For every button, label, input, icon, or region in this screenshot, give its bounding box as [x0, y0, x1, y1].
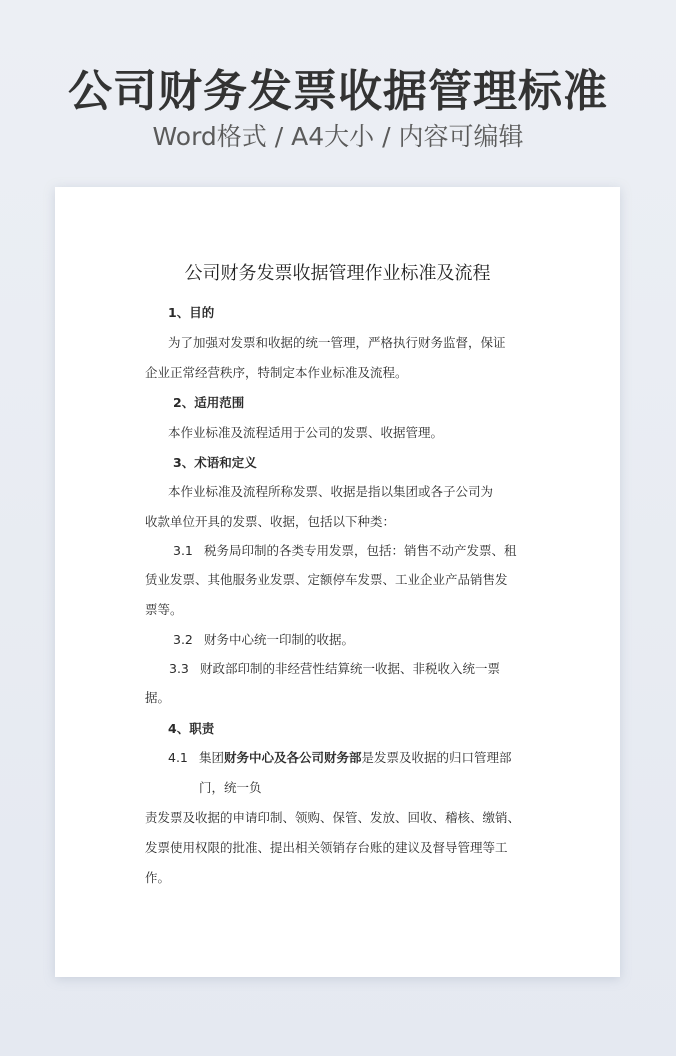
- document-title: 公司财务发票收据管理作业标准及流程: [55, 261, 620, 287]
- section-2-line-1: 本作业标准及流程适用于公司的发票、收据管理。: [168, 424, 443, 442]
- item-3-1-line-1: 3.1税务局印制的各类专用发票，包括：销售不动产发票、租: [173, 542, 517, 560]
- item-3-1-line-3: 票等。: [145, 601, 183, 619]
- item-4-1-line-3: 责发票及收据的申请印制、领购、保管、发放、回收、稽核、缴销、: [145, 809, 520, 827]
- item-3-2-line-1: 3.2财务中心统一印制的收据。: [173, 631, 354, 649]
- section-1-line-1: 为了加强对发票和收据的统一管理，严格执行财务监督，保证: [168, 334, 506, 352]
- document-page: 公司财务发票收据管理作业标准及流程 1、目的 为了加强对发票和收据的统一管理，严…: [55, 187, 620, 977]
- section-3-line-2: 收款单位开具的发票、收据，包括以下种类：: [145, 513, 395, 531]
- item-3-1-line-2: 赁业发票、其他服务业发票、定额停车发票、工业企业产品销售发: [145, 571, 508, 589]
- item-4-1-bold-text: 财务中心及各公司财务部: [224, 750, 362, 765]
- item-4-1-line-1: 4.1集团财务中心及各公司财务部是发票及收据的归口管理部: [168, 749, 512, 767]
- section-1-heading: 1、目的: [168, 304, 214, 322]
- section-3-line-1: 本作业标准及流程所称发票、收据是指以集团或各子公司为: [168, 483, 493, 501]
- section-4-heading: 4、职责: [168, 720, 214, 738]
- item-3-2-text: 财务中心统一印制的收据。: [204, 632, 354, 647]
- item-3-3-line-1: 3.3财政部印制的非经营性结算统一收据、非税收入统一票: [169, 660, 500, 678]
- section-2-heading: 2、适用范围: [173, 394, 244, 412]
- item-4-1-number: 4.1: [168, 749, 199, 767]
- item-3-3-line-2: 据。: [145, 689, 170, 707]
- section-1-line-2: 企业正常经营秩序，特制定本作业标准及流程。: [145, 364, 408, 382]
- item-4-1-line-4: 发票使用权限的批准、提出相关领销存台账的建议及督导管理等工: [145, 839, 508, 857]
- item-3-1-number: 3.1: [173, 542, 204, 560]
- item-4-1-suffix: 是发票及收据的归口管理部: [362, 750, 512, 765]
- item-3-1-text: 税务局印制的各类专用发票，包括：销售不动产发票、租: [204, 543, 517, 558]
- item-3-3-number: 3.3: [169, 660, 200, 678]
- section-3-heading: 3、术语和定义: [173, 454, 257, 472]
- banner-title: 公司财务发票收据管理标准: [0, 64, 676, 120]
- item-3-2-number: 3.2: [173, 631, 204, 649]
- item-4-1-prefix: 集团: [199, 750, 224, 765]
- banner-subtitle: Word格式 / A4大小 / 内容可编辑: [0, 120, 676, 154]
- item-4-1-line-2: 门，统一负: [199, 779, 262, 797]
- item-3-3-text: 财政部印制的非经营性结算统一收据、非税收入统一票: [200, 661, 500, 676]
- item-4-1-line-5: 作。: [145, 869, 170, 887]
